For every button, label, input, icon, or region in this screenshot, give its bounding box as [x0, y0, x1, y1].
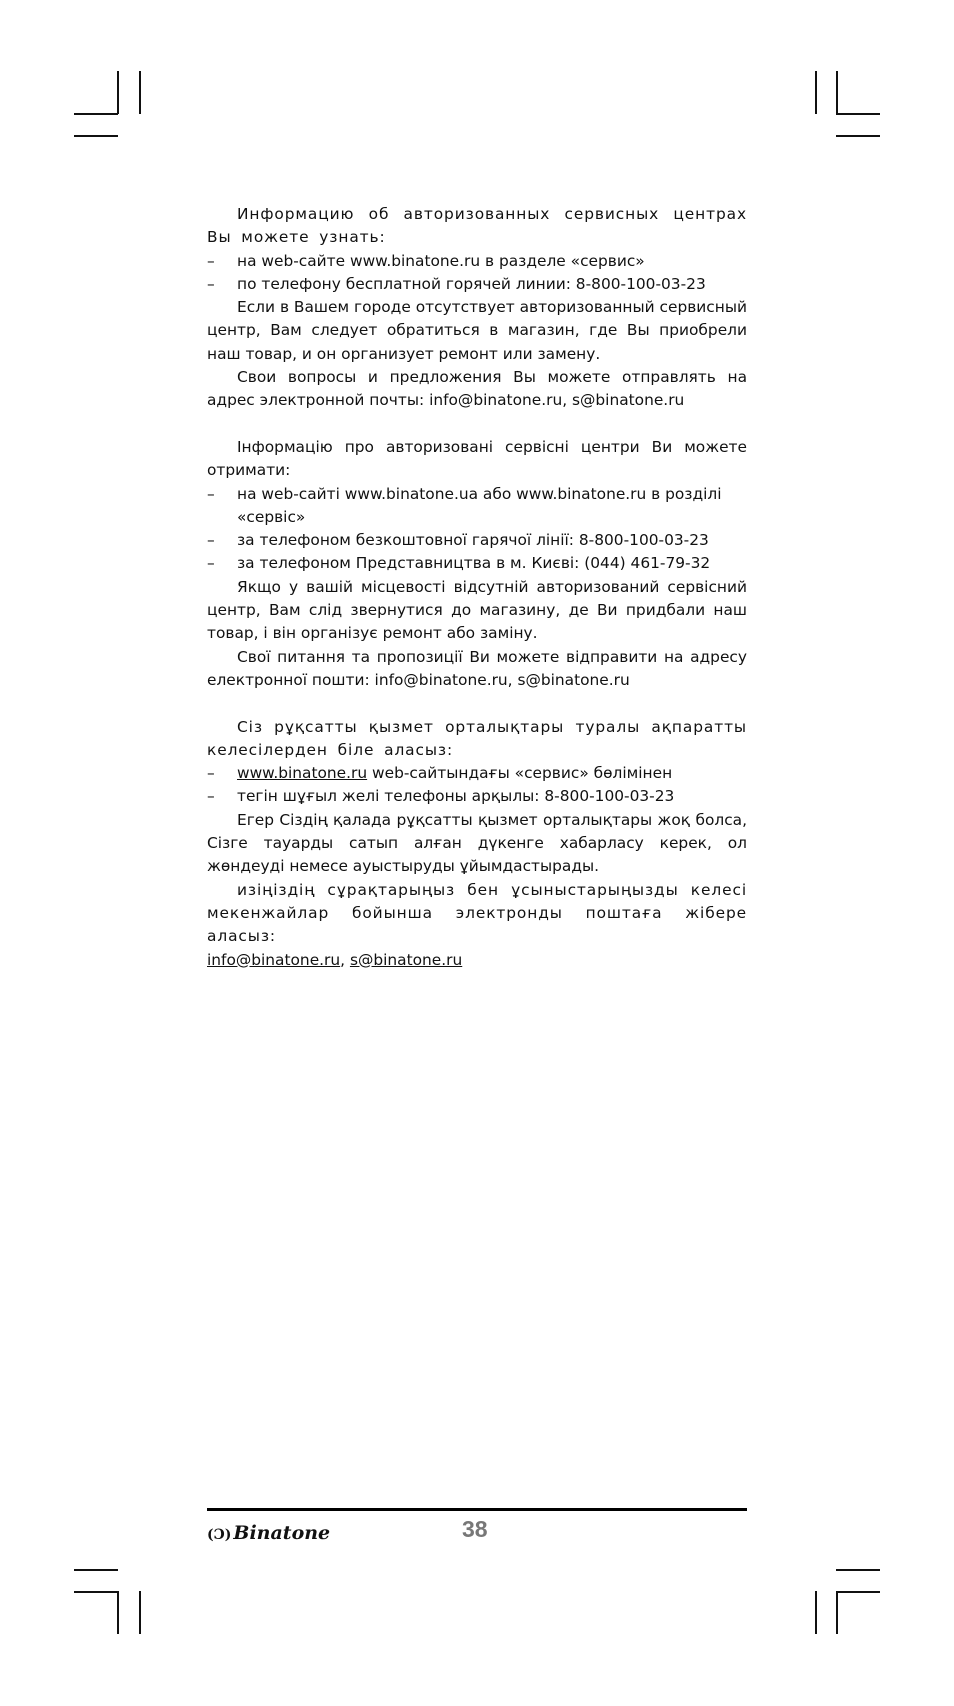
section-ukrainian: Інформацію про авторизовані сервісні цен…	[207, 436, 747, 692]
email-link-service[interactable]: s@binatone.ru	[350, 951, 462, 969]
kz-list-item: –тегін шұғыл желі телефоны арқылы: 8-800…	[207, 785, 747, 808]
ru-paragraph-no-service: Если в Вашем городе отсутствует авторизо…	[207, 296, 747, 366]
ua-list-item: –за телефоном Представництва в м. Києві:…	[207, 552, 747, 575]
email-link-info[interactable]: info@binatone.ru	[207, 951, 340, 969]
crop-mark	[836, 113, 880, 115]
kz-paragraph-no-service: Егер Сіздің қалада рұқсатты қызмет ортал…	[207, 809, 747, 879]
ua-list-item: –на web-сайті www.binatone.ua або www.bi…	[207, 483, 747, 530]
section-russian: Информацию об авторизованных сервисных ц…	[207, 203, 747, 413]
section-gap	[207, 692, 747, 715]
ru-intro: Информацию об авторизованных сервисных ц…	[207, 203, 747, 250]
crop-mark	[836, 1591, 880, 1593]
bullet-dash: –	[207, 785, 215, 808]
ru-paragraph-contact: Свои вопросы и предложения Вы можете отп…	[207, 366, 747, 413]
bullet-dash: –	[207, 273, 215, 296]
crop-mark	[74, 1591, 118, 1593]
crop-mark	[815, 71, 817, 114]
bullet-dash: –	[207, 483, 215, 506]
crop-mark	[139, 1591, 141, 1634]
kz-emails: info@binatone.ru, s@binatone.ru	[207, 949, 747, 972]
binatone-logo: (Ɔ)Binatone	[207, 1522, 330, 1544]
crop-mark	[836, 71, 838, 114]
crop-mark	[117, 71, 119, 114]
kz-list-item: –www.binatone.ru web-сайтындағы «сервис»…	[207, 762, 747, 785]
page-content: Информацию об авторизованных сервисных ц…	[207, 203, 747, 972]
crop-mark	[74, 135, 118, 137]
crop-mark	[139, 71, 141, 114]
crop-mark	[836, 1569, 880, 1571]
ua-intro: Інформацію про авторизовані сервісні цен…	[207, 436, 747, 483]
crop-mark	[117, 1591, 119, 1634]
ua-paragraph-contact: Свої питання та пропозиції Ви можете від…	[207, 646, 747, 693]
footer-rule	[207, 1508, 747, 1511]
crop-mark	[74, 1569, 118, 1571]
bullet-dash: –	[207, 529, 215, 552]
crop-mark	[836, 135, 880, 137]
section-kazakh: Сіз рұқсатты қызмет орталықтары туралы а…	[207, 716, 747, 972]
logo-text: Binatone	[233, 1522, 330, 1544]
logo-mark-icon: (Ɔ)	[207, 1527, 231, 1543]
website-link[interactable]: www.binatone.ru	[237, 764, 367, 782]
ru-list-item: –на web-сайте www.binatone.ru в разделе …	[207, 250, 747, 273]
crop-mark	[836, 1591, 838, 1634]
bullet-dash: –	[207, 552, 215, 575]
crop-mark	[815, 1591, 817, 1634]
bullet-dash: –	[207, 762, 215, 785]
ua-list-item: –за телефоном безкоштовної гарячої лінії…	[207, 529, 747, 552]
kz-intro: Сіз рұқсатты қызмет орталықтары туралы а…	[207, 716, 747, 763]
section-gap	[207, 413, 747, 436]
kz-paragraph-contact: изіңіздің сұрақтарыңыз бен ұсыныстарыңыз…	[207, 879, 747, 949]
ru-list-item: –по телефону бесплатной горячей линии: 8…	[207, 273, 747, 296]
page-number: 38	[462, 1516, 488, 1543]
ua-paragraph-no-service: Якщо у вашій місцевості відсутній автори…	[207, 576, 747, 646]
crop-mark	[74, 113, 118, 115]
bullet-dash: –	[207, 250, 215, 273]
